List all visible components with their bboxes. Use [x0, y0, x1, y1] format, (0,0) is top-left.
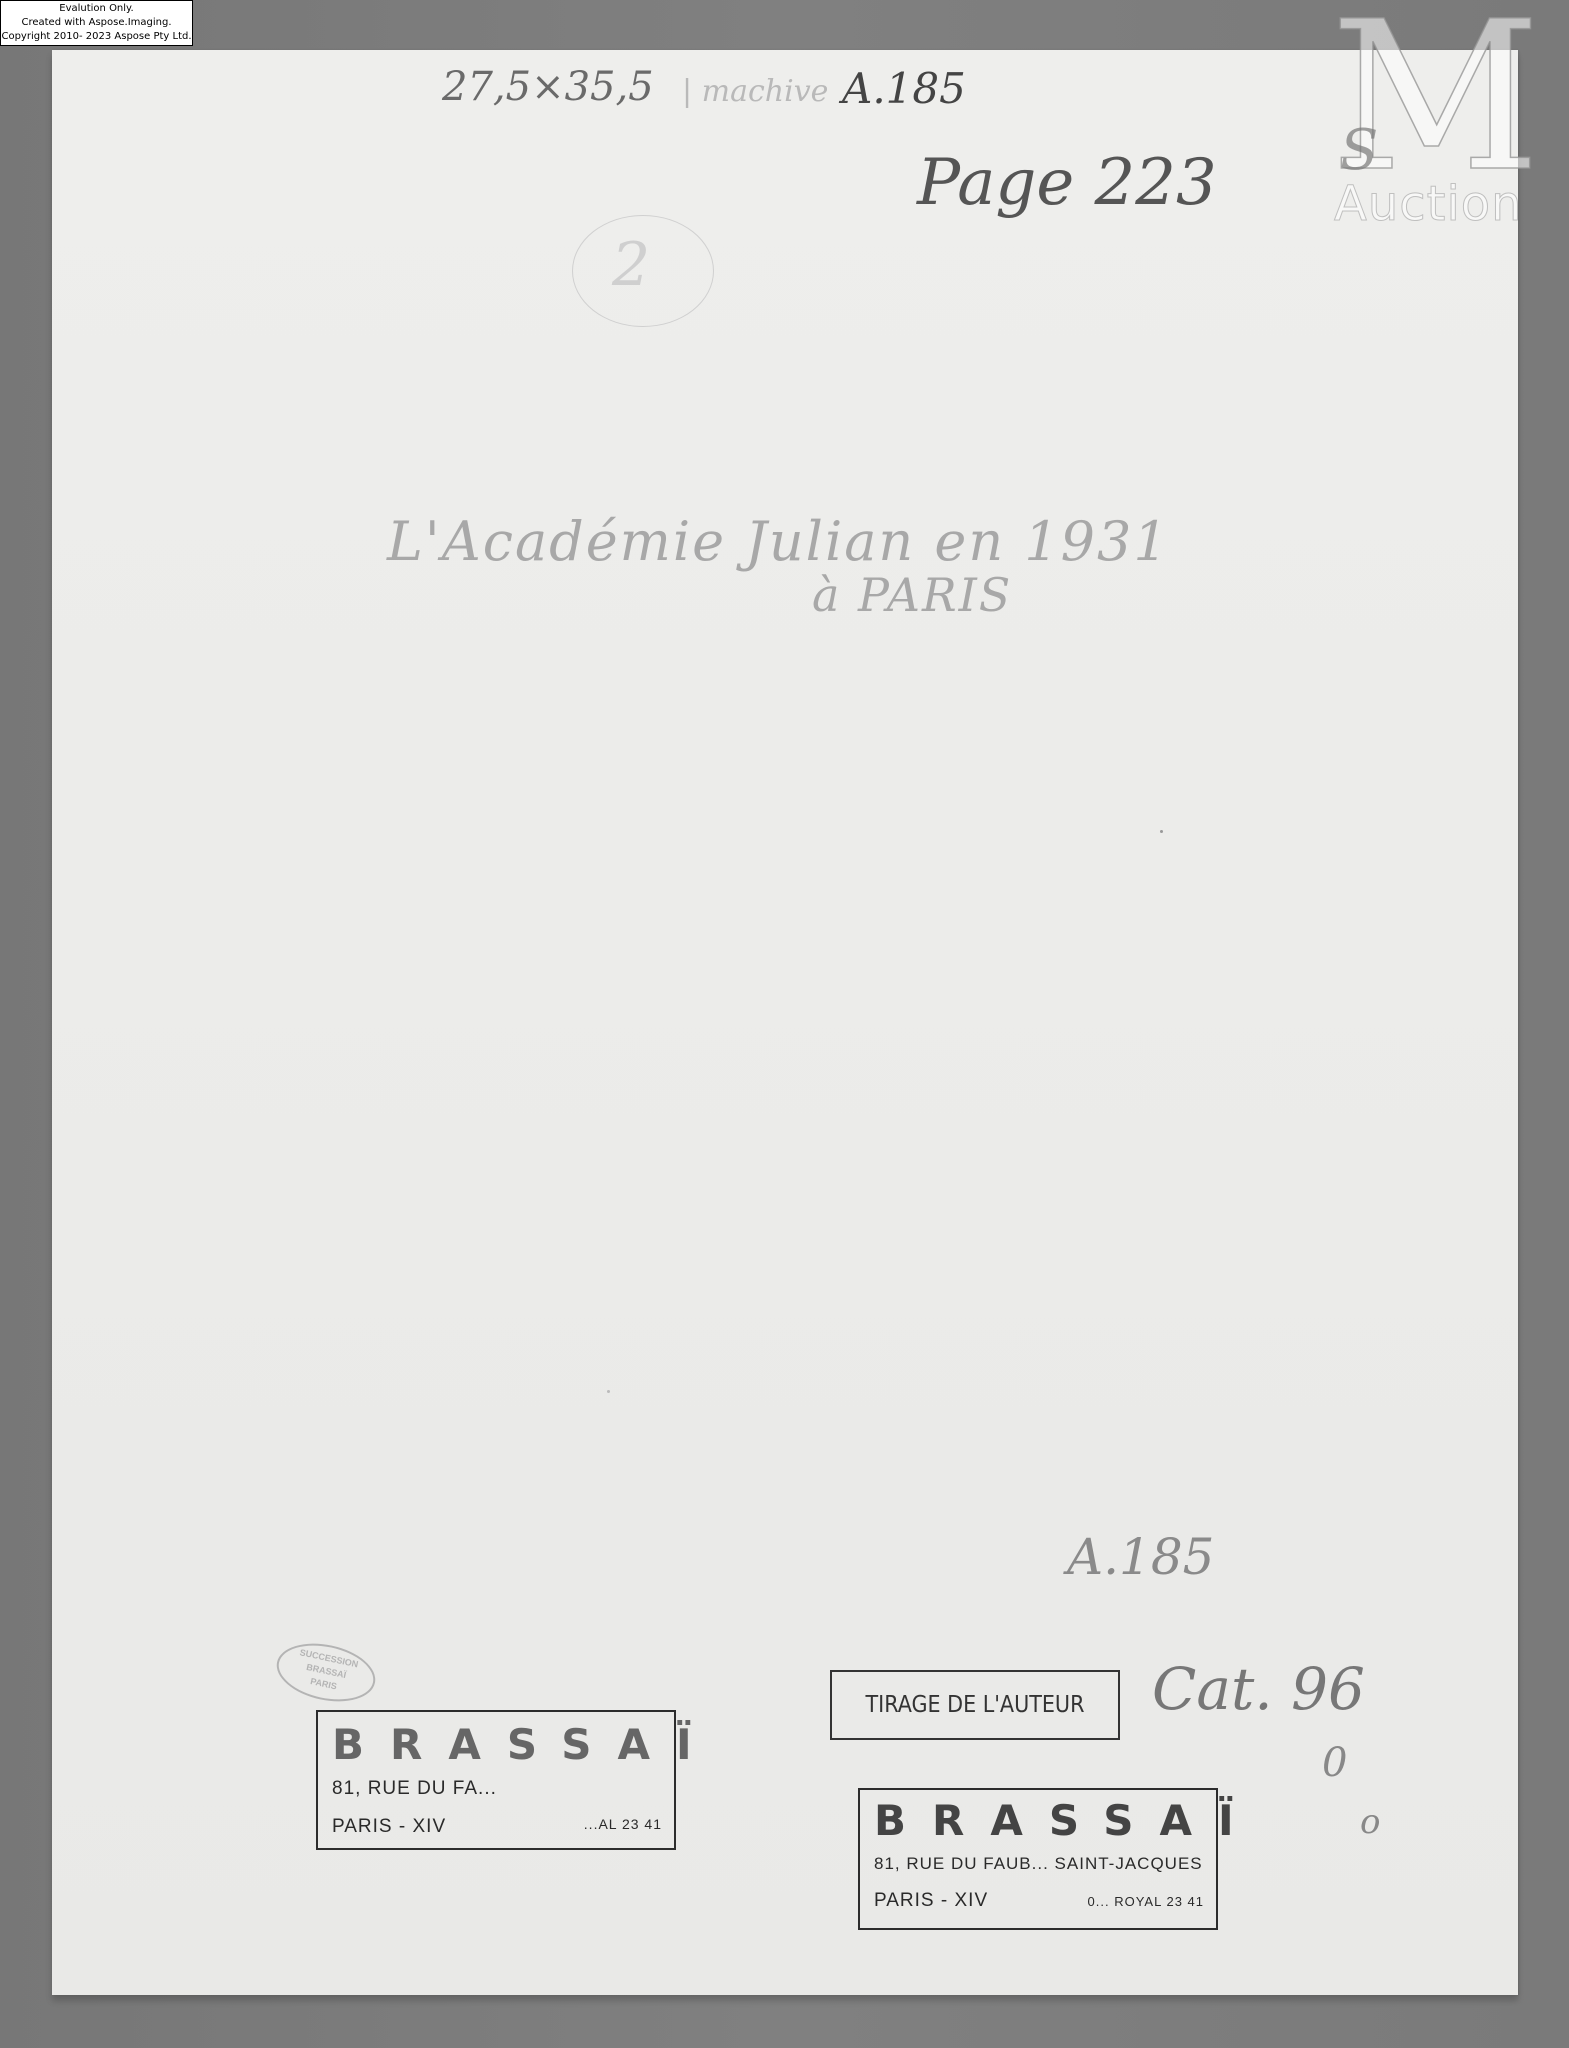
page-reference: Page 223 [917, 146, 1217, 220]
stamp-address: 81, RUE DU FA... [332, 1778, 497, 1800]
brassai-stamp-left: BRASSAÏ 81, RUE DU FA... PARIS - XIV ...… [316, 1710, 676, 1850]
paper-speck [607, 1390, 610, 1393]
archive-note: | machive [682, 74, 828, 109]
reference-top: A.185 [842, 64, 966, 113]
paper-speck [1160, 830, 1163, 833]
pencil-mark: o [1360, 1802, 1380, 1842]
watermark-line: Evalution Only. [1, 2, 192, 16]
logo-s-mark: S [1340, 118, 1378, 183]
dimensions-note: 27,5×35,5 [442, 64, 654, 110]
reference-bottom: A.185 [1067, 1528, 1214, 1586]
pencil-mark: 0 [1322, 1740, 1347, 1786]
circled-number: 2 [612, 230, 650, 300]
stamp-phone: 0... ROYAL 23 41 [1088, 1894, 1204, 1909]
catalog-note: Cat. 96 [1152, 1655, 1365, 1723]
logo-auction-word: Auction [1334, 176, 1523, 232]
stamp-phone: ...AL 23 41 [584, 1816, 662, 1832]
tirage-de-lauteur-stamp: TIRAGE DE L'AUTEUR [830, 1670, 1120, 1740]
evaluation-watermark: Evalution Only. Created with Aspose.Imag… [0, 0, 193, 46]
stamp-address: 81, RUE DU FAUB... SAINT-JACQUES [874, 1854, 1203, 1874]
stamp-name: BRASSAÏ [874, 1796, 1260, 1845]
stamp-city: PARIS - XIV [874, 1890, 988, 1912]
succession-oval-stamp: SUCCESSION BRASSAÏ PARIS [271, 1635, 380, 1710]
title-note-line2: à PARIS [812, 568, 1012, 622]
title-note-line1: L'Académie Julian en 1931 [387, 510, 1170, 573]
brassai-stamp-right: BRASSAÏ 81, RUE DU FAUB... SAINT-JACQUES… [858, 1788, 1218, 1930]
watermark-line: Copyright 2010- 2023 Aspose Pty Ltd. [1, 30, 192, 44]
watermark-line: Created with Aspose.Imaging. [1, 16, 192, 30]
photograph-verso: 27,5×35,5 | machive A.185 2 Page 223 L'A… [52, 50, 1518, 1995]
stamp-name: BRASSAÏ [332, 1720, 718, 1769]
stamp-city: PARIS - XIV [332, 1816, 446, 1838]
